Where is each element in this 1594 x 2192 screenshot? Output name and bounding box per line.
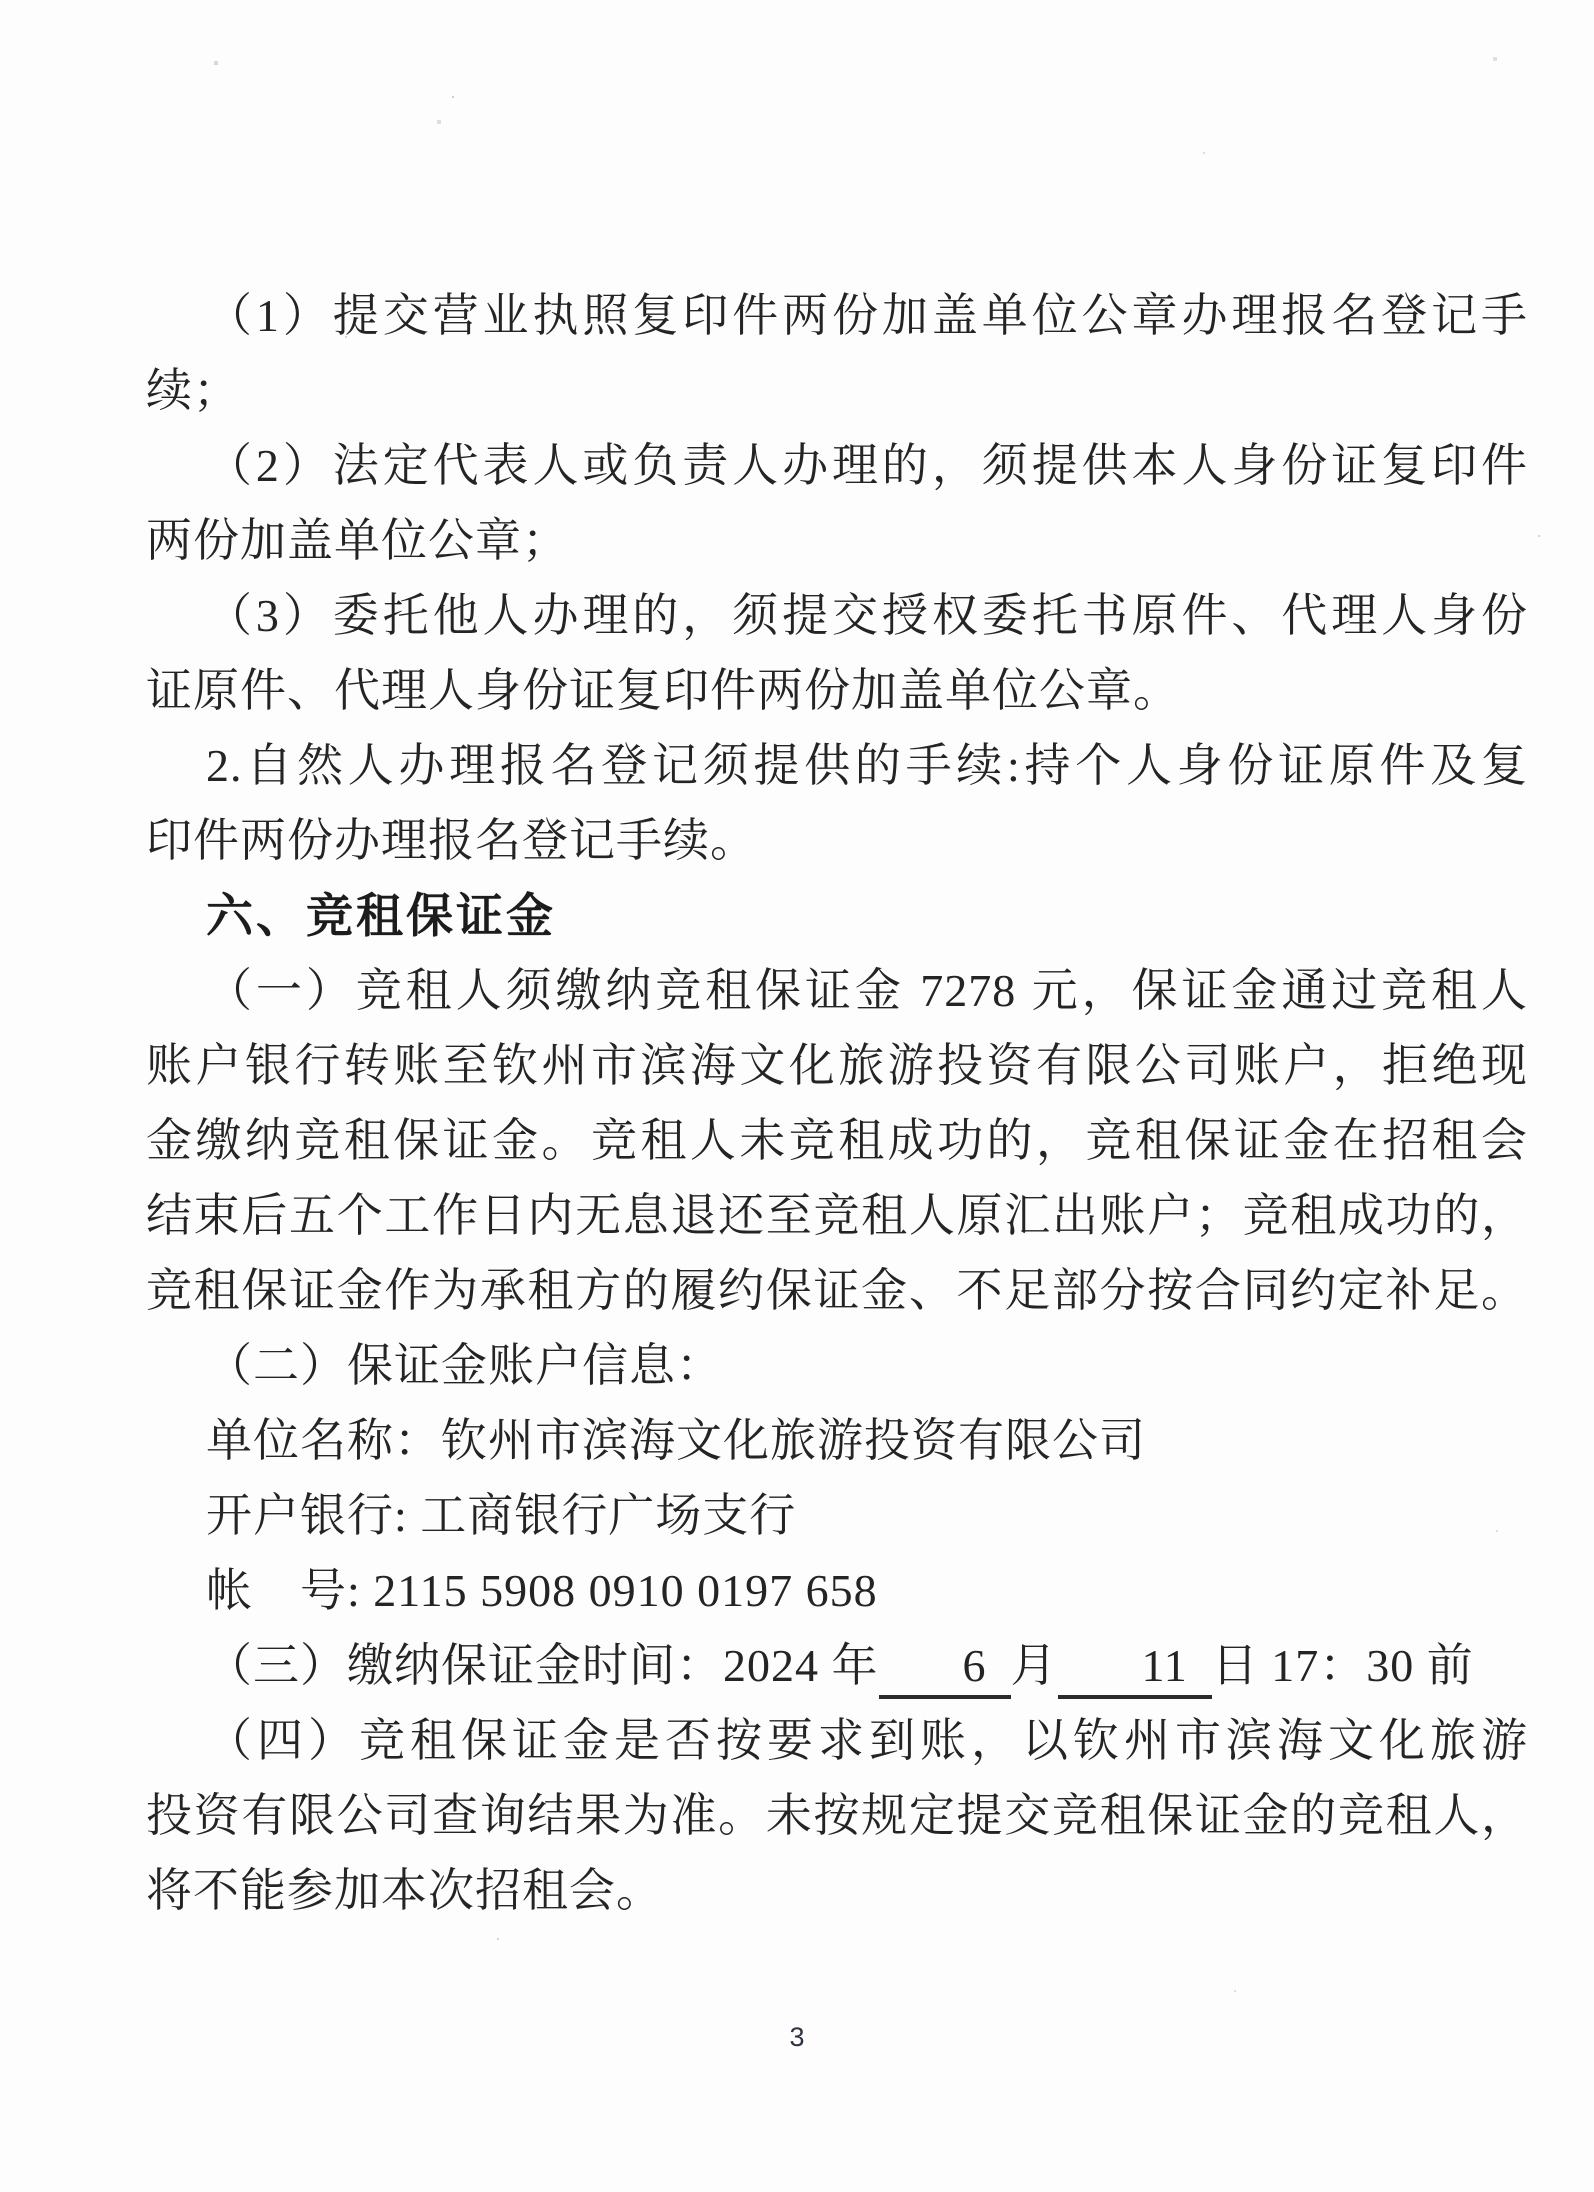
doc-line: 竞租保证金作为承租方的履约保证金、不足部分按合同约定补足。	[146, 1253, 1528, 1328]
deposit-deadline-line: （三）缴纳保证金时间：2024 年6月11日 17：30 前	[146, 1628, 1528, 1703]
deadline-prefix: （三）缴纳保证金时间：2024 年	[206, 1640, 879, 1691]
doc-line: （四）竞租保证金是否按要求到账，以钦州市滨海文化旅游	[146, 1703, 1528, 1778]
doc-line: （3）委托他人办理的，须提交授权委托书原件、代理人身份	[146, 578, 1528, 653]
doc-line: （1）提交营业执照复印件两份加盖单位公章办理报名登记手	[146, 278, 1528, 353]
doc-line: （2）法定代表人或负责人办理的，须提供本人身份证复印件	[146, 428, 1528, 503]
doc-line: 印件两份办理报名登记手续。	[146, 803, 1528, 878]
page-number: 3	[0, 2022, 1594, 2053]
doc-line: （二）保证金账户信息：	[146, 1328, 1528, 1403]
doc-line: 结束后五个工作日内无息退还至竞租人原汇出账户；竞租成功的，	[146, 1178, 1528, 1253]
doc-line: 投资有限公司查询结果为准。未按规定提交竞租保证金的竞租人，	[146, 1778, 1528, 1853]
doc-line: （一）竞租人须缴纳竞租保证金 7278 元，保证金通过竞租人	[146, 953, 1528, 1028]
scan-noise-specks	[0, 0, 2, 2]
scanned-document-page: （1）提交营业执照复印件两份加盖单位公章办理报名登记手 续； （2）法定代表人或…	[0, 0, 1594, 2192]
doc-line: 续；	[146, 353, 1528, 428]
section-heading-deposit: 六、竞租保证金	[146, 878, 1528, 953]
deadline-month-value: 6	[879, 1637, 1011, 1699]
deposit-account-number-line: 帐 号: 2115 5908 0910 0197 658	[146, 1553, 1528, 1628]
doc-line: 账户银行转账至钦州市滨海文化旅游投资有限公司账户，拒绝现	[146, 1028, 1528, 1103]
doc-line: 2.自然人办理报名登记须提供的手续:持个人身份证原件及复	[146, 728, 1528, 803]
deposit-account-company-line: 单位名称：钦州市滨海文化旅游投资有限公司	[146, 1403, 1528, 1478]
doc-line: 将不能参加本次招租会。	[146, 1853, 1528, 1928]
document-body: （1）提交营业执照复印件两份加盖单位公章办理报名登记手 续； （2）法定代表人或…	[146, 278, 1528, 1928]
doc-line: 证原件、代理人身份证复印件两份加盖单位公章。	[146, 653, 1528, 728]
doc-line: 两份加盖单位公章；	[146, 503, 1528, 578]
deposit-account-bank-line: 开户银行: 工商银行广场支行	[146, 1478, 1528, 1553]
deadline-day-value: 11	[1058, 1637, 1212, 1699]
deadline-suffix: 日 17：30 前	[1212, 1640, 1474, 1691]
deadline-month-label: 月	[1011, 1640, 1058, 1691]
doc-line: 金缴纳竞租保证金。竞租人未竞租成功的，竞租保证金在招租会	[146, 1103, 1528, 1178]
